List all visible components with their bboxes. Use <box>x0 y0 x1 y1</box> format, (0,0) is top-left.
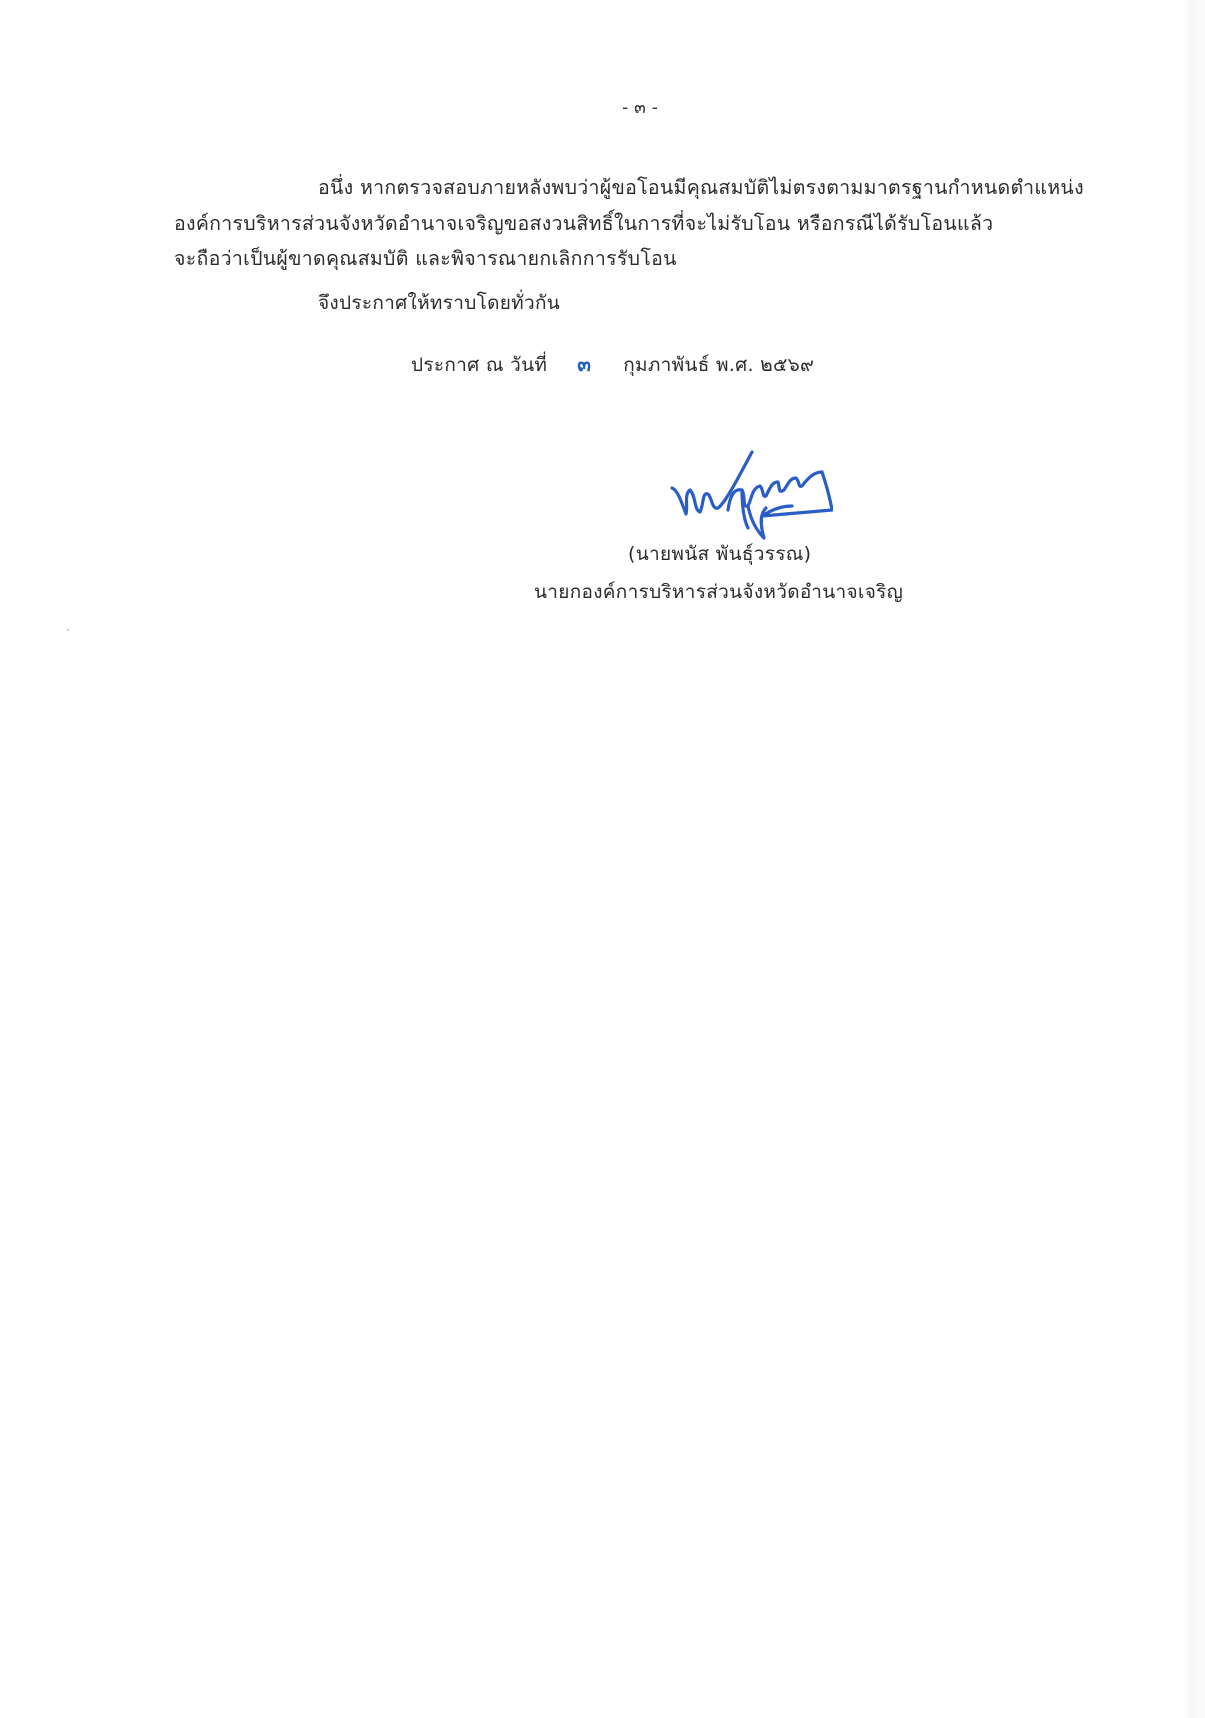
paragraph-line: องค์การบริหารส่วนจังหวัดอำนาจเจริญขอสงวน… <box>174 214 993 234</box>
signature-icon <box>668 448 833 543</box>
signer-name: (นายพนัส พันธุ์วรรณ) <box>628 545 811 564</box>
paragraph-line: จะถือว่าเป็นผู้ขาดคุณสมบัติ และพิจารณายก… <box>174 249 677 269</box>
scan-page-edge <box>1183 0 1205 1718</box>
page-number: - ๓ - <box>622 100 658 117</box>
date-day-handwritten: ๓ <box>577 354 591 374</box>
signer-title: นายกองค์การบริหารส่วนจังหวัดอำนาจเจริญ <box>534 583 903 602</box>
date-prefix: ประกาศ ณ วันที่ <box>411 356 547 375</box>
announcement-date: ประกาศ ณ วันที่ ๓ กุมภาพันธ์ พ.ศ. ๒๕๖๙ <box>411 354 814 375</box>
scan-artifact <box>67 629 69 631</box>
closing-statement: จึงประกาศให้ทราบโดยทั่วกัน <box>318 294 560 313</box>
paragraph-line: อนึ่ง หากตรวจสอบภายหลังพบว่าผู้ขอโอนมีคุ… <box>318 178 1084 198</box>
date-month-year: กุมภาพันธ์ พ.ศ. ๒๕๖๙ <box>623 356 814 375</box>
